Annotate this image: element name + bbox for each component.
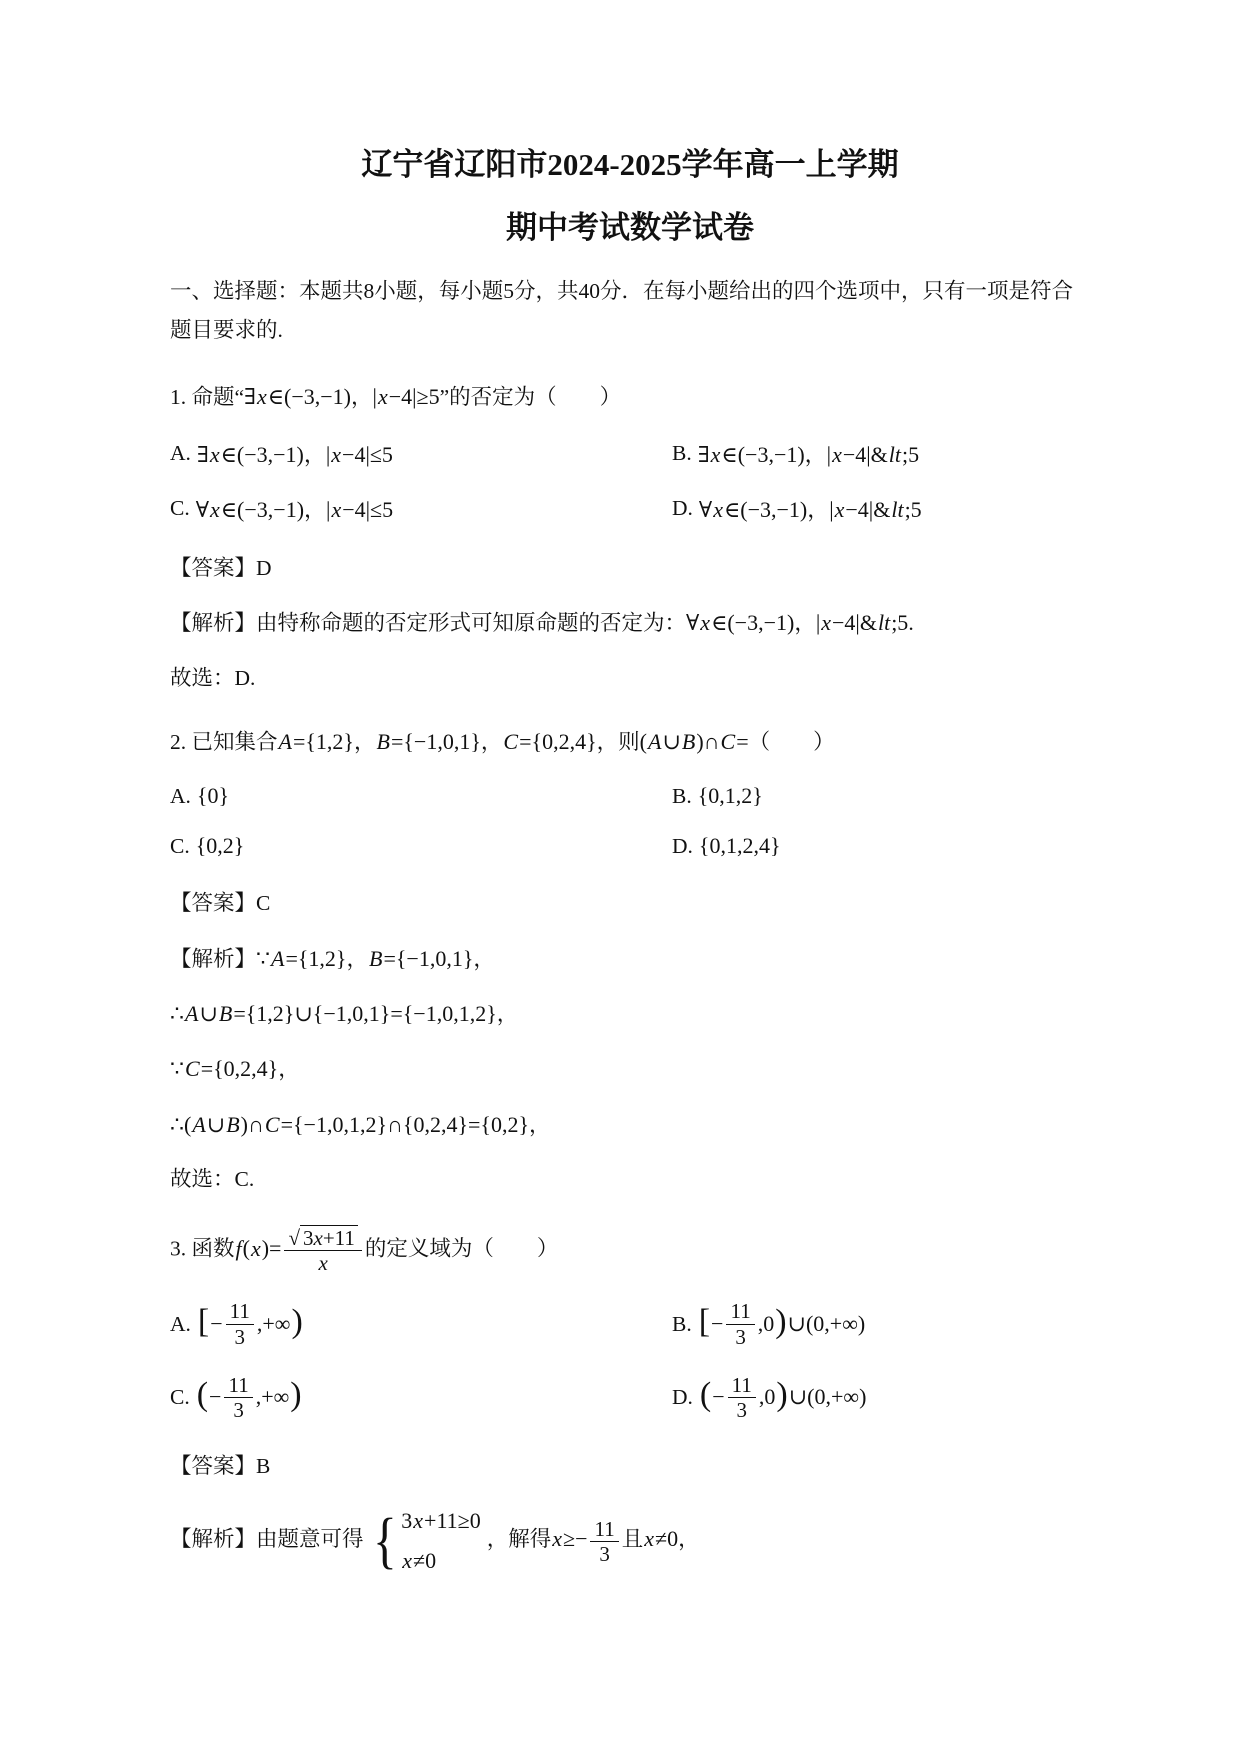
question-2-explain: ∴A∪B={1,2}∪{−1,0,1}={−1,0,1,2}， <box>170 997 1090 1031</box>
math-run: ∪(0,+∞) <box>788 1311 866 1337</box>
big-delimiter: ) <box>775 1305 786 1339</box>
sqrt-fraction: √3x+11x <box>284 1226 361 1275</box>
text-run: ， <box>794 611 816 635</box>
math-run: ∴(A∪B)∩C={−1,0,1,2}∩{0,2,4}={0,2} <box>170 1112 529 1137</box>
math-run: x≥− <box>551 1526 587 1551</box>
question-3-option-a: A.[−113,+∞) <box>170 1299 672 1348</box>
question-1-options-row: C.∀x∈(−3,−1)，|x−4|≤5D.∀x∈(−3,−1)，|x−4|&l… <box>170 493 1090 524</box>
exam-body: 一、选择题：本题共8小题，每小题5分，共40分．在每小题给出的四个选项中，只有一… <box>170 272 1090 1578</box>
question-2-answer: 【答案】C <box>170 887 1090 920</box>
math-run: ∃x∈(−3,−1) <box>244 384 351 409</box>
math-run: {0,1,2} <box>698 783 763 809</box>
text-run: ， <box>497 1002 519 1026</box>
question-1-explain: 【解析】由特称命题的否定形式可知原命题的否定为：∀x∈(−3,−1)，|x−4|… <box>170 606 1090 640</box>
math-run: ,0 <box>759 1384 776 1410</box>
text-run: ， <box>481 730 503 754</box>
math-run: (A∪B)∩C= <box>640 729 749 754</box>
fraction: 113 <box>726 1299 754 1348</box>
text-run: . <box>908 611 913 635</box>
text-run: 【解析】 <box>170 947 256 971</box>
math-run: ∵A={1,2} <box>256 946 346 971</box>
fraction: 113 <box>224 1373 252 1422</box>
question-3-option-c: C.(−113,+∞) <box>170 1373 672 1422</box>
question-1-conclusion: 故选：D. <box>170 662 1090 695</box>
math-run: ∀x∈(−3,−1) <box>686 610 794 635</box>
big-delimiter: [ <box>699 1305 710 1339</box>
fraction: 113 <box>226 1299 254 1348</box>
math-run: − <box>210 1311 222 1337</box>
text-run: 【解析】由特称命题的否定形式可知原命题的否定为： <box>170 611 686 635</box>
text-run: ， <box>351 385 373 409</box>
question-3-stem: 3. 函数f(x)=√3x+11x的定义域为（ ） <box>170 1226 1090 1275</box>
math-run: |x−4|&lt;5 <box>816 610 908 635</box>
math-run: ∀x∈(−3,−1)，|x−4|≤5 <box>196 493 393 524</box>
text-run: 【解析】由题意可得 <box>170 1527 364 1551</box>
math-run: f(x)= <box>235 1236 282 1261</box>
math-run: − <box>711 1311 723 1337</box>
question-3-option-b: B.[−113,0)∪(0,+∞) <box>672 1299 1090 1348</box>
text-run: （ ） <box>749 730 835 754</box>
question-2-explain: 【解析】∵A={1,2}，B={−1,0,1}， <box>170 942 1090 976</box>
question-1-stem: 1. 命题“∃x∈(−3,−1)，|x−4|≥5”的否定为（ ） <box>170 380 1090 414</box>
text-run: ， <box>678 1527 700 1551</box>
big-delimiter: ) <box>291 1305 302 1339</box>
question-3-options-row: C.(−113,+∞)D.(−113,0)∪(0,+∞) <box>170 1373 1090 1422</box>
question-1-options-row: A.∃x∈(−3,−1)，|x−4|≤5B.∃x∈(−3,−1)，|x−4|&l… <box>170 438 1090 469</box>
math-run: C={0,2,4} <box>502 729 596 754</box>
question-3-explain: 【解析】由题意可得{3x+11≥0x≠0，解得x≥−113且x≠0， <box>170 1504 1090 1578</box>
math-run: B={−1,0,1} <box>376 729 481 754</box>
cases-system: {3x+11≥0x≠0 <box>370 1504 481 1578</box>
math-run: ,0 <box>758 1311 775 1337</box>
question-1-option-a: A.∃x∈(−3,−1)，|x−4|≤5 <box>170 438 672 469</box>
math-run: {0} <box>197 783 229 809</box>
math-run: x≠0 <box>643 1526 678 1551</box>
question-3-options-row: A.[−113,+∞)B.[−113,0)∪(0,+∞) <box>170 1299 1090 1348</box>
question-2-stem: 2. 已知集合A={1,2}，B={−1,0,1}，C={0,2,4}，则(A∪… <box>170 725 1090 759</box>
question-2-options-row: C.{0,2}D.{0,1,2,4} <box>170 833 1090 859</box>
big-delimiter: ) <box>776 1378 787 1412</box>
big-delimiter: ) <box>290 1378 301 1412</box>
math-run: ,+∞ <box>257 1311 291 1337</box>
big-delimiter: [ <box>198 1305 209 1339</box>
text-run: 3. 函数 <box>170 1237 235 1261</box>
math-run: − <box>209 1384 221 1410</box>
exam-document: 辽宁省辽阳市2024-2025学年高一上学期 期中考试数学试卷 一、选择题：本题… <box>0 0 1240 1579</box>
math-run: ∃x∈(−3,−1)，|x−4|≤5 <box>197 438 393 469</box>
big-delimiter: ( <box>197 1378 208 1412</box>
question-3-option-d: D.(−113,0)∪(0,+∞) <box>672 1373 1090 1422</box>
math-run: ∵C={0,2,4} <box>170 1056 278 1081</box>
text-run: ， <box>278 1057 300 1081</box>
math-run: ∀x∈(−3,−1)，|x−4|&lt;5 <box>699 493 922 524</box>
text-run: ， <box>473 947 495 971</box>
fraction: 113 <box>728 1373 756 1422</box>
question-2-option-b: B.{0,1,2} <box>672 783 1090 809</box>
math-run: B={−1,0,1} <box>368 946 473 971</box>
math-run: {0,2} <box>196 833 245 859</box>
question-1-option-b: B.∃x∈(−3,−1)，|x−4|&lt;5 <box>672 438 1090 469</box>
text-run: ”的否定为（ ） <box>440 385 622 409</box>
text-run: 故选：C. <box>170 1167 254 1191</box>
text-run: 【答案】B <box>170 1454 270 1478</box>
math-run: ,+∞ <box>256 1384 290 1410</box>
question-3-answer: 【答案】B <box>170 1450 1090 1483</box>
math-run: {0,1,2,4} <box>699 833 781 859</box>
big-delimiter: ( <box>700 1378 711 1412</box>
question-2-explain: ∴(A∪B)∩C={−1,0,1,2}∩{0,2,4}={0,2}， <box>170 1108 1090 1142</box>
text-run: 【答案】D <box>170 556 272 580</box>
text-run: 2. 已知集合 <box>170 730 278 754</box>
text-run: 且 <box>622 1527 644 1551</box>
question-2-explain: ∵C={0,2,4}， <box>170 1052 1090 1086</box>
math-run: ∪(0,+∞) <box>789 1384 867 1410</box>
math-run: |x−4|≥5 <box>373 384 440 409</box>
question-2-options-row: A.{0}B.{0,1,2} <box>170 783 1090 809</box>
question-1-answer: 【答案】D <box>170 552 1090 585</box>
text-run: 【答案】C <box>170 891 270 915</box>
exam-title-line-2: 期中考试数学试卷 <box>170 209 1090 246</box>
text-run: 故选：D. <box>170 666 255 690</box>
text-run: ，则 <box>597 730 640 754</box>
question-2-option-d: D.{0,1,2,4} <box>672 833 1090 859</box>
section-intro: 一、选择题：本题共8小题，每小题5分，共40分．在每小题给出的四个选项中，只有一… <box>170 272 1090 349</box>
question-1-option-c: C.∀x∈(−3,−1)，|x−4|≤5 <box>170 493 672 524</box>
question-2-option-a: A.{0} <box>170 783 672 809</box>
question-2-option-c: C.{0,2} <box>170 833 672 859</box>
text-run: ， <box>354 730 376 754</box>
math-run: A={1,2} <box>278 729 354 754</box>
text-run: ， <box>347 947 369 971</box>
fraction: 113 <box>590 1517 618 1566</box>
question-1-option-d: D.∀x∈(−3,−1)，|x−4|&lt;5 <box>672 493 1090 524</box>
math-run: − <box>712 1384 724 1410</box>
text-run: 一、选择题：本题共8小题，每小题5分，共40分．在每小题给出的四个选项中，只有一… <box>170 279 1073 342</box>
text-run: 的定义域为（ ） <box>365 1237 559 1261</box>
exam-title-line-1: 辽宁省辽阳市2024-2025学年高一上学期 <box>170 146 1090 183</box>
question-2-conclusion: 故选：C. <box>170 1163 1090 1196</box>
math-run: ∃x∈(−3,−1)，|x−4|&lt;5 <box>698 438 919 469</box>
text-run: ，解得 <box>487 1527 552 1551</box>
text-run: ， <box>529 1113 551 1137</box>
math-run: ∴A∪B={1,2}∪{−1,0,1}={−1,0,1,2} <box>170 1001 497 1026</box>
text-run: 1. 命题“ <box>170 385 244 409</box>
